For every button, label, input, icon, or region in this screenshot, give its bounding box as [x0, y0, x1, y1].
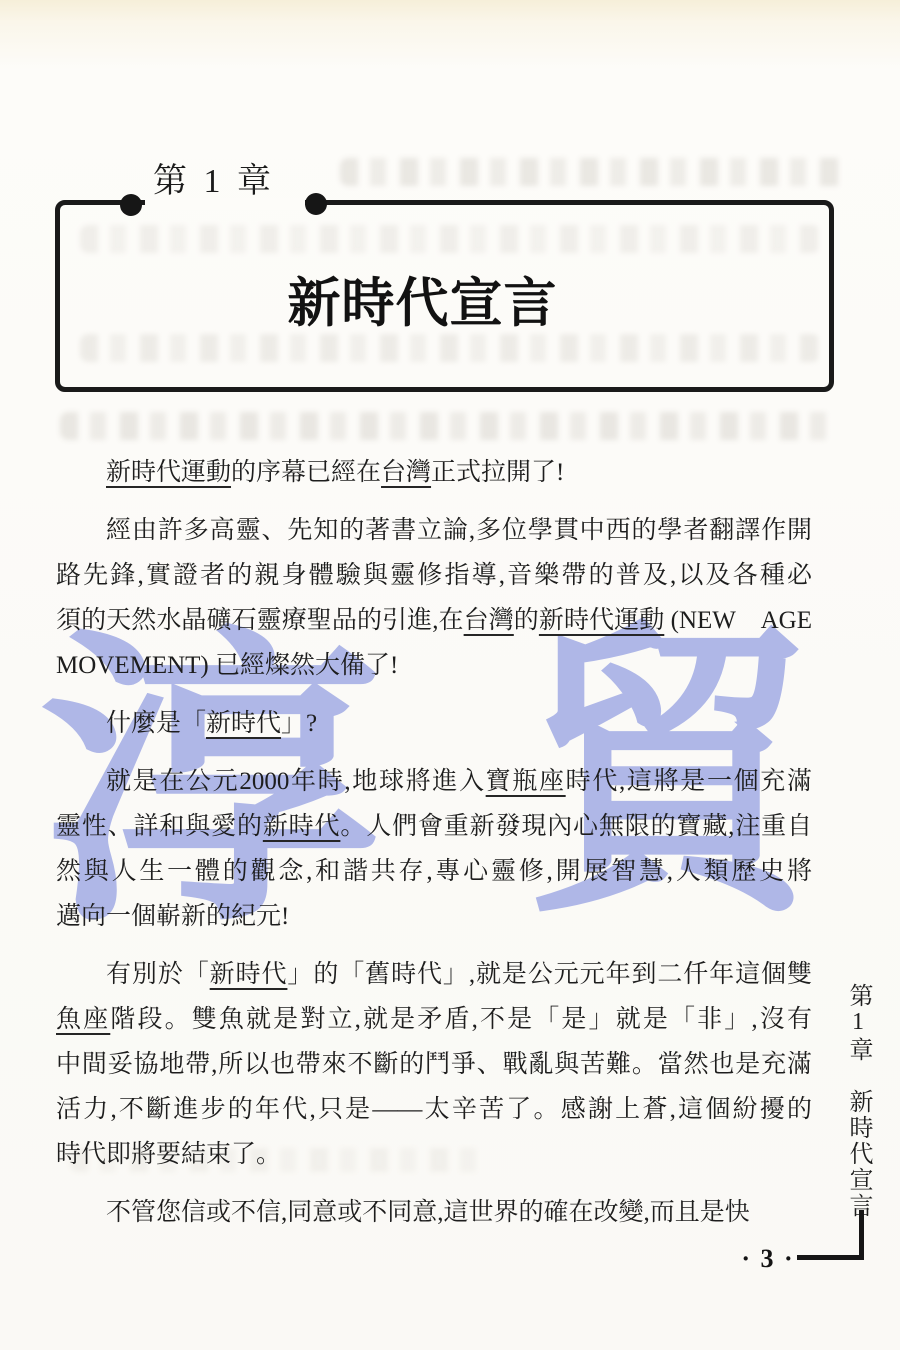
paragraph: 就是在公元2000年時,地球將進入寶瓶座時代,這將是一個充滿靈性、詳和與愛的新時… — [56, 759, 812, 939]
underlined-term: 新時代 — [263, 813, 341, 840]
text-segment: 什麼是「 — [106, 710, 206, 737]
text-segment: 路先鋒,實證者的親身體驗與靈修指導,音樂帶的普及,以及各種必 — [56, 562, 812, 589]
text-line: 什麼是「新時代」? — [56, 701, 812, 746]
body-text: 新時代運動的序幕已經在台灣正式拉開了!經由許多高靈、先知的著書立論,多位學貫中西… — [56, 450, 812, 1248]
text-segment: 的 — [514, 607, 539, 634]
text-line: 就是在公元2000年時,地球將進入寶瓶座時代,這將是一個充滿 — [56, 759, 812, 804]
paragraph: 有別於「新時代」的「舊時代」,就是公元元年到二仟年這個雙魚座階段。雙魚就是對立,… — [56, 952, 812, 1177]
text-line: 然與人生一體的觀念,和諧共存,專心靈修,開展智慧,人類歷史將 — [56, 849, 812, 894]
text-line: 時代即將要結束了。 — [56, 1132, 812, 1177]
text-segment: 中間妥協地帶,所以也帶來不斷的鬥爭、戰亂與苦難。當然也是充滿 — [56, 1051, 812, 1078]
bleed-through-artifact — [60, 412, 840, 440]
text-line: 須的天然水晶礦石靈療聖品的引進,在台灣的新時代運動 (NEW AGE — [56, 598, 812, 643]
underlined-term: 魚座 — [56, 1006, 110, 1033]
text-line: 路先鋒,實證者的親身體驗與靈修指導,音樂帶的普及,以及各種必 — [56, 553, 812, 598]
text-line: 不管您信或不信,同意或不同意,這世界的確在改變,而且是快 — [56, 1190, 812, 1235]
text-segment: 正式拉開了! — [431, 459, 564, 486]
text-segment: 須的天然水晶礦石靈療聖品的引進,在 — [56, 607, 464, 634]
text-line: 中間妥協地帶,所以也帶來不斷的鬥爭、戰亂與苦難。當然也是充滿 — [56, 1042, 812, 1087]
text-line: 經由許多高靈、先知的著書立論,多位學貫中西的學者翻譯作開 — [56, 508, 812, 553]
text-segment: MOVEMENT) 已經燦然大備了! — [56, 652, 398, 679]
chapter-label: 第 1 章 — [153, 153, 275, 202]
underlined-term: 台灣 — [464, 607, 514, 634]
text-line: 魚座階段。雙魚就是對立,就是矛盾,不是「是」就是「非」,沒有 — [56, 997, 812, 1042]
text-segment: (NEW AGE — [664, 607, 812, 634]
text-segment: 然與人生一體的觀念,和諧共存,專心靈修,開展智慧,人類歷史將 — [56, 858, 812, 885]
text-segment: 的序幕已經在 — [231, 459, 381, 486]
text-line: 新時代運動的序幕已經在台灣正式拉開了! — [56, 450, 812, 495]
text-segment: 邁向一個嶄新的紀元! — [56, 903, 289, 930]
text-line: 邁向一個嶄新的紀元! — [56, 894, 812, 939]
running-caption-vertical: 第1章 新時代宣言 — [842, 983, 876, 1233]
text-segment: 有別於「 — [106, 961, 210, 988]
text-segment: 經由許多高靈、先知的著書立論,多位學貫中西的學者翻譯作開 — [106, 517, 812, 544]
text-segment: 。人們會重新發現內心無限的寶藏,注重自 — [340, 813, 812, 840]
text-segment: 就是在公元2000年時,地球將進入 — [106, 768, 486, 795]
text-segment: 活力,不斷進步的年代,只是——太辛苦了。感謝上蒼,這個紛擾的 — [56, 1096, 812, 1123]
text-segment: 階段。雙魚就是對立,就是矛盾,不是「是」就是「非」,沒有 — [110, 1006, 812, 1033]
text-segment: 」的「舊時代」,就是公元元年到二仟年這個雙 — [287, 961, 812, 988]
paragraph: 新時代運動的序幕已經在台灣正式拉開了! — [56, 450, 812, 495]
text-line: MOVEMENT) 已經燦然大備了! — [56, 643, 812, 688]
bullet-dot-icon — [120, 194, 142, 216]
paragraph: 什麼是「新時代」? — [56, 701, 812, 746]
text-segment: 靈性、詳和與愛的 — [56, 813, 263, 840]
underlined-term: 新時代運動 — [106, 459, 231, 486]
bleed-through-artifact — [340, 158, 850, 186]
paragraph: 不管您信或不信,同意或不同意,這世界的確在改變,而且是快 — [56, 1190, 812, 1235]
page-number: · 3 · — [726, 1244, 810, 1274]
text-line: 有別於「新時代」的「舊時代」,就是公元元年到二仟年這個雙 — [56, 952, 812, 997]
underlined-term: 新時代 — [206, 710, 281, 737]
text-line: 靈性、詳和與愛的新時代。人們會重新發現內心無限的寶藏,注重自 — [56, 804, 812, 849]
text-segment: 」? — [281, 710, 317, 737]
underlined-term: 新時代運動 — [539, 607, 664, 634]
text-segment: 時代,這將是一個充滿 — [566, 768, 812, 795]
chapter-title: 新時代宣言 — [38, 261, 807, 337]
text-segment: 時代即將要結束了。 — [56, 1141, 281, 1168]
underlined-term: 新時代 — [210, 961, 288, 988]
bullet-dot-icon — [305, 193, 327, 215]
text-line: 活力,不斷進步的年代,只是——太辛苦了。感謝上蒼,這個紛擾的 — [56, 1087, 812, 1132]
scanned-book-page: 淳 貿 第 1 章 新時代宣言 新時代運動的序幕已經在台灣正式拉開了!經由許多高… — [0, 0, 900, 1350]
underlined-term: 寶瓶座 — [486, 768, 566, 795]
paragraph: 經由許多高靈、先知的著書立論,多位學貫中西的學者翻譯作開路先鋒,實證者的親身體驗… — [56, 508, 812, 688]
underlined-term: 台灣 — [381, 459, 431, 486]
chapter-header-box: 第 1 章 新時代宣言 — [55, 200, 834, 392]
text-segment: 不管您信或不信,同意或不同意,這世界的確在改變,而且是快 — [106, 1199, 750, 1226]
